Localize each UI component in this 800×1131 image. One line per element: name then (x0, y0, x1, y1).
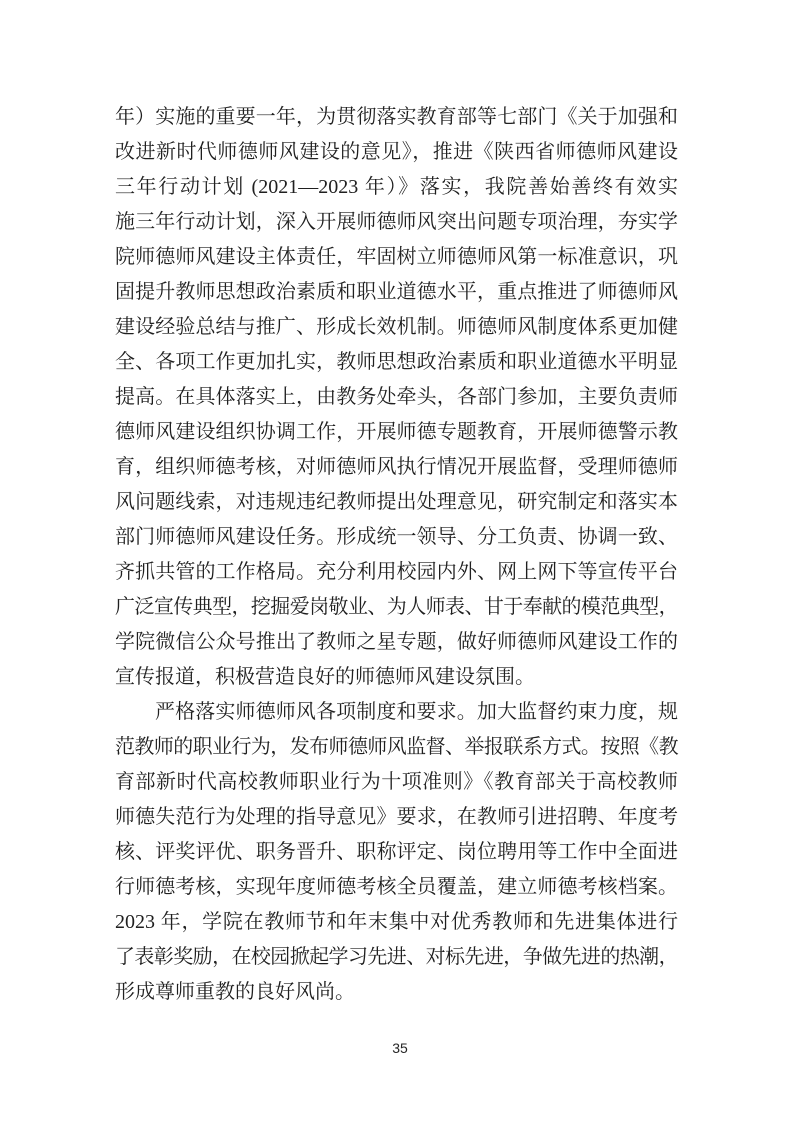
text-line: 范教师的职业行为，发布师德师风监督、举报联系方式。按照《教 (115, 730, 678, 765)
text-line: 行师德考核，实现年度师德考核全员覆盖，建立师德考核档案。 (115, 870, 678, 905)
text-line: 德师风建设组织协调工作，开展师德专题教育，开展师德警示教 (115, 415, 678, 450)
text-line: 育部新时代高校教师职业行为十项准则》《教育部关于高校教师 (115, 765, 678, 800)
text-line: 院师德师风建设主体责任，牢固树立师德师风第一标准意识，巩 (115, 240, 678, 275)
document-body: 年）实施的重要一年，为贯彻落实教育部等七部门《关于加强和 改进新时代师德师风建设… (115, 100, 678, 1010)
text-line: 改进新时代师德师风建设的意见》，推进《陕西省师德师风建设 (115, 135, 678, 170)
text-line: 建设经验总结与推广、形成长效机制。师德师风制度体系更加健 (115, 310, 678, 345)
text-line: 宣传报道，积极营造良好的师德师风建设氛围。 (115, 660, 678, 695)
text-line: 2023 年，学院在教师节和年末集中对优秀教师和先进集体进行 (115, 905, 678, 940)
text-line: 形成尊师重教的良好风尚。 (115, 975, 678, 1010)
text-line: 核、评奖评优、职务晋升、职称评定、岗位聘用等工作中全面进 (115, 835, 678, 870)
text-line: 固提升教师思想政治素质和职业道德水平，重点推进了师德师风 (115, 275, 678, 310)
paragraph-1: 年）实施的重要一年，为贯彻落实教育部等七部门《关于加强和 改进新时代师德师风建设… (115, 100, 678, 695)
text-line: 学院微信公众号推出了教师之星专题，做好师德师风建设工作的 (115, 625, 678, 660)
text-line: 风问题线索，对违规违纪教师提出处理意见，研究制定和落实本 (115, 485, 678, 520)
text-line: 全、各项工作更加扎实，教师思想政治素质和职业道德水平明显 (115, 345, 678, 380)
text-line: 三年行动计划 (2021—2023 年）》落实，我院善始善终有效实 (115, 170, 678, 205)
text-line: 严格落实师德师风各项制度和要求。加大监督约束力度，规 (115, 695, 678, 730)
text-line: 了表彰奖励，在校园掀起学习先进、对标先进，争做先进的热潮， (115, 940, 678, 975)
document-page: 年）实施的重要一年，为贯彻落实教育部等七部门《关于加强和 改进新时代师德师风建设… (0, 0, 800, 1131)
text-line: 提高。在具体落实上，由教务处牵头，各部门参加，主要负责师 (115, 380, 678, 415)
text-line: 育，组织师德考核，对师德师风执行情况开展监督，受理师德师 (115, 450, 678, 485)
text-line: 广泛宣传典型，挖掘爱岗敬业、为人师表、甘于奉献的模范典型， (115, 590, 678, 625)
text-line: 齐抓共管的工作格局。充分利用校园内外、网上网下等宣传平台 (115, 555, 678, 590)
text-line: 年）实施的重要一年，为贯彻落实教育部等七部门《关于加强和 (115, 100, 678, 135)
text-line: 师德失范行为处理的指导意见》要求，在教师引进招聘、年度考 (115, 800, 678, 835)
paragraph-2: 严格落实师德师风各项制度和要求。加大监督约束力度，规 范教师的职业行为，发布师德… (115, 695, 678, 1010)
text-line: 部门师德师风建设任务。形成统一领导、分工负责、协调一致、 (115, 520, 678, 555)
text-line: 施三年行动计划，深入开展师德师风突出问题专项治理，夯实学 (115, 205, 678, 240)
page-number: 35 (0, 1039, 800, 1057)
